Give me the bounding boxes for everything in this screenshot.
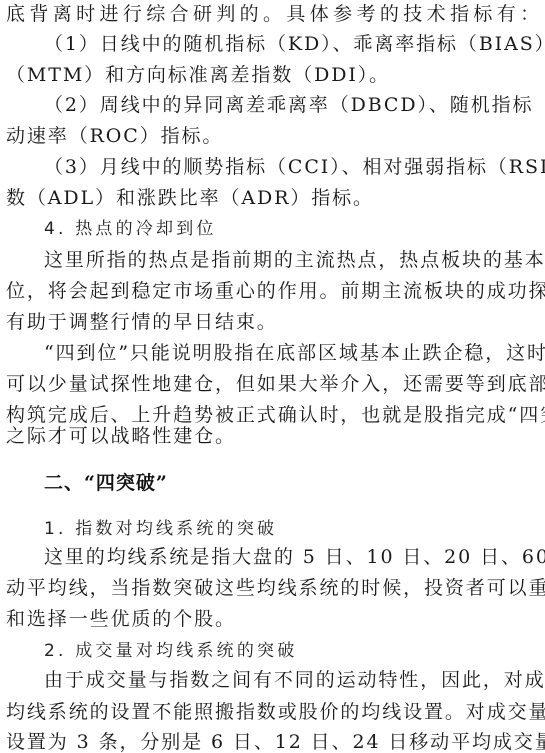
paragraph-line: 有助于调整行情的早日结束。 <box>6 310 541 334</box>
list-item-weekly-indicators-cont: 动速率（ROC）指标。 <box>6 124 541 148</box>
subheading-volume-breakthrough: 2. 成交量对均线系统的突破 <box>44 639 541 663</box>
paragraph-line: 设置为 3 条，分别是 6 日、12 日、24 日移动平均成交量线。当成交 <box>6 730 541 753</box>
paragraph-line: 位，将会起到稳定市场重心的作用。前期主流板块的成功探底，也 <box>6 279 541 303</box>
paragraph-line: “四到位”只能说明股指在底部区域基本止跌企稳，这时投资者 <box>44 341 541 365</box>
paragraph-line: 和选择一些优质的个股。 <box>6 607 541 631</box>
paragraph-line: 均线系统的设置不能照搬指数或股价的均线设置。对成交量的均线 <box>6 700 541 724</box>
list-item-weekly-indicators: （2）周线中的异同离差乖离率（DBCD）、随机指标（KD）、变 <box>44 93 541 117</box>
subheading-index-breakthrough: 1. 指数对均线系统的突破 <box>44 517 541 541</box>
document-page: 底背离时进行综合研判的。具体参考的技术指标有： （1）日线中的随机指标（KD）、… <box>0 0 545 753</box>
paragraph-line: 底背离时进行综合研判的。具体参考的技术指标有： <box>6 2 541 26</box>
list-item-daily-indicators: （1）日线中的随机指标（KD）、乖离率指标（BIAS）、动力指标 <box>44 32 541 56</box>
paragraph-line: 由于成交量与指数之间有不同的运动特性，因此，对成交量的 <box>44 668 541 692</box>
list-item-daily-indicators-cont: （MTM）和方向标准离差指数（DDI）。 <box>6 63 541 87</box>
paragraph-line: 这里所指的热点是指前期的主流热点，热点板块的基本调整到 <box>44 248 541 272</box>
list-item-monthly-indicators-cont: 数（ADL）和涨跌比率（ADR）指标。 <box>6 186 541 210</box>
paragraph-line: 之际才可以战略性建仓。 <box>6 424 541 448</box>
paragraph-line: 动平均线，当指数突破这些均线系统的时候，投资者可以重点关注 <box>6 576 541 600</box>
section-heading-four-breakthroughs: 二、“四突破” <box>44 471 541 495</box>
list-item-monthly-indicators: （3）月线中的顺势指标（CCI）、相对强弱指标（RSI）、腾落指 <box>44 155 541 179</box>
paragraph-line: 这里的均线系统是指大盘的 5 日、10 日、20 日、60 日等多条移 <box>44 545 541 569</box>
subheading-hotspot-cooling: 4. 热点的冷却到位 <box>44 217 541 241</box>
paragraph-line: 可以少量试探性地建仓，但如果大举介入，还需要等到底部被彻底 <box>6 372 541 396</box>
